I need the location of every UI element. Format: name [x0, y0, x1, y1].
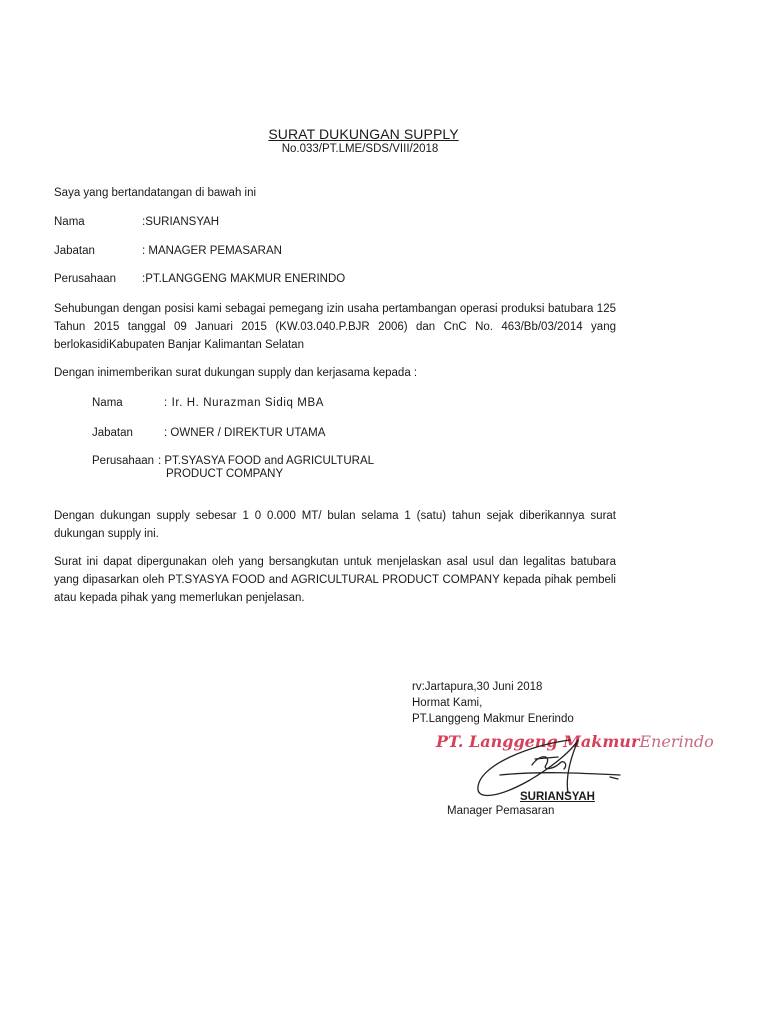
- signatory-position-value: : MANAGER PEMASARAN: [142, 245, 282, 257]
- document-number: No.033/PT.LME/SDS/VIII/2018: [0, 143, 720, 155]
- recipient-company-value-line1: : PT.SYASYA FOOD and AGRICULTURAL: [158, 455, 374, 467]
- signatory-name-value: :SURIANSYAH: [142, 216, 219, 228]
- paragraph-giving-support: Dengan inimemberikan surat dukungan supp…: [54, 367, 417, 379]
- paragraph-license: Sehubungan dengan posisi kami sebagai pe…: [54, 300, 616, 354]
- recipient-name-label: Nama: [92, 397, 123, 409]
- signatory-company-label: Perusahaan: [54, 273, 116, 285]
- recipient-company-value-line2: PRODUCT COMPANY: [166, 468, 283, 480]
- signer-title: Manager Pemasaran: [447, 805, 554, 817]
- document-title: SURAT DUKUNGAN SUPPLY: [0, 126, 727, 142]
- signer-name: SURIANSYAH: [520, 791, 595, 803]
- recipient-position-value: : OWNER / DIREKTUR UTAMA: [164, 427, 325, 439]
- closing-greeting: Hormat Kami,: [412, 697, 482, 709]
- closing-company: PT.Langgeng Makmur Enerindo: [412, 713, 574, 725]
- recipient-name-value: : Ir. H. Nurazman Sidiq MBA: [164, 397, 324, 409]
- paragraph-supply-amount: Dengan dukungan supply sebesar 1 0 0.000…: [54, 507, 616, 543]
- stamp-text-tail: Enerindo: [639, 732, 713, 751]
- recipient-position-label: Jabatan: [92, 427, 133, 439]
- recipient-company-label: Perusahaan: [92, 455, 154, 467]
- signatory-name-label: Nama: [54, 216, 85, 228]
- signatory-company-value: :PT.LANGGENG MAKMUR ENERINDO: [142, 273, 345, 285]
- signatory-position-label: Jabatan: [54, 245, 95, 257]
- place-date: rv:Jartapura,30 Juni 2018: [412, 681, 542, 693]
- intro-text: Saya yang bertandatangan di bawah ini: [54, 187, 256, 199]
- paragraph-purpose: Surat ini dapat dipergunakan oleh yang b…: [54, 553, 616, 607]
